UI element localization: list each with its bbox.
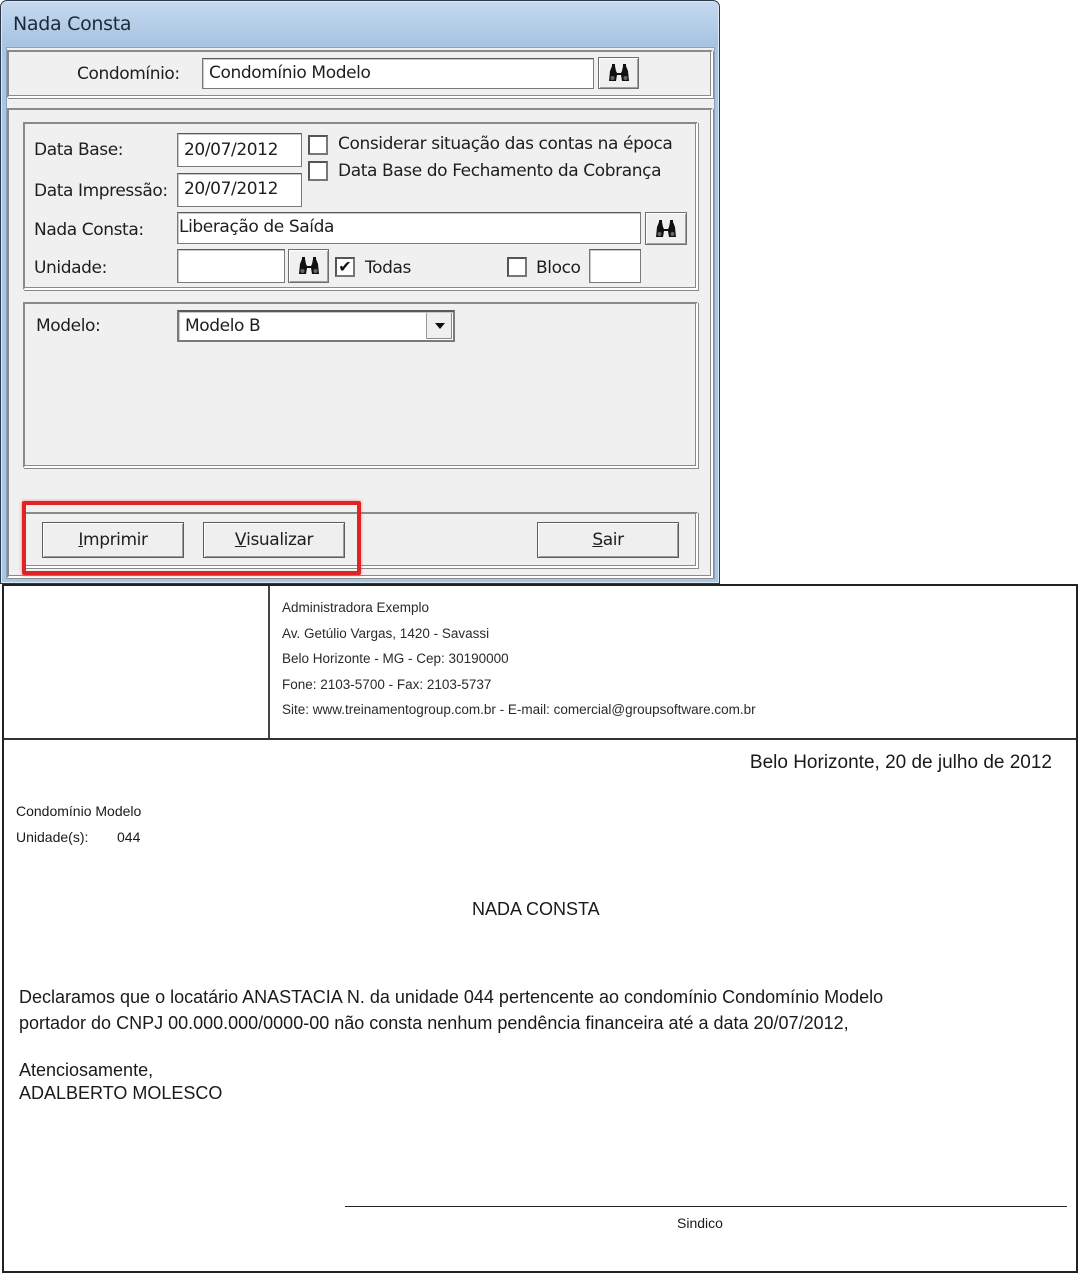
bloco-input[interactable] [589, 249, 641, 283]
company-site: Site: www.treinamentogroup.com.br - E-ma… [282, 702, 756, 728]
report-preview: Administradora Exemplo Av. Getúlio Varga… [2, 584, 1078, 1273]
fechamento-checkbox[interactable] [308, 161, 328, 181]
considerar-label[interactable]: Considerar situação das contas na época [338, 134, 672, 154]
nada-consta-label: Nada Consta: [34, 220, 144, 240]
data-base-input[interactable]: 20/07/2012 [177, 133, 302, 167]
unidade-search-button[interactable] [288, 249, 329, 283]
report-closing: Atenciosamente, [19, 1060, 153, 1081]
sair-label: air [603, 530, 624, 550]
sair-mnemonic: S [592, 530, 602, 550]
considerar-checkbox[interactable] [308, 135, 328, 155]
visualizar-mnemonic: V [235, 530, 246, 550]
unidade-label: Unidade: [34, 258, 107, 278]
modelo-selected-value: Modelo B [185, 316, 260, 336]
dropdown-arrow-button[interactable] [426, 313, 452, 339]
todas-label[interactable]: Todas [365, 258, 411, 278]
imprimir-label: mprimir [83, 530, 148, 550]
fechamento-label[interactable]: Data Base do Fechamento da Cobrança [338, 161, 661, 181]
report-heading: NADA CONSTA [472, 899, 600, 920]
bloco-label[interactable]: Bloco [536, 258, 581, 278]
place-date: Belo Horizonte, 20 de julho de 2012 [750, 752, 1052, 774]
window-title: Nada Consta [13, 13, 131, 35]
todas-checkbox[interactable]: ✔ [335, 257, 355, 277]
nada-consta-search-button[interactable] [645, 212, 687, 245]
condominio-input[interactable]: Condomínio Modelo [202, 58, 594, 89]
company-city: Belo Horizonte - MG - Cep: 30190000 [282, 651, 756, 677]
data-impressao-label: Data Impressão: [34, 181, 168, 201]
binoculars-icon [297, 256, 321, 276]
data-impressao-input[interactable]: 20/07/2012 [177, 173, 302, 207]
nada-consta-input[interactable]: Liberação de Saída [177, 212, 641, 244]
data-base-label: Data Base: [34, 140, 123, 160]
modelo-label: Modelo: [36, 316, 100, 336]
company-phone: Fone: 2103-5700 - Fax: 2103-5737 [282, 677, 756, 703]
signature-caption: Sindico [677, 1215, 723, 1231]
report-condominio: Condomínio Modelo [16, 803, 141, 819]
title-bar[interactable]: Nada Consta [2, 2, 718, 46]
report-signer: ADALBERTO MOLESCO [19, 1083, 222, 1104]
company-name: Administradora Exemplo [282, 600, 756, 626]
report-header: Administradora Exemplo Av. Getúlio Varga… [4, 586, 1076, 740]
report-body-line2: portador do CNPJ 00.000.000/0000-00 não … [19, 1013, 849, 1034]
logo-cell [4, 586, 270, 738]
report-unidades-value: 044 [117, 829, 140, 845]
company-info: Administradora Exemplo Av. Getúlio Varga… [282, 600, 756, 728]
chevron-down-icon [434, 322, 446, 330]
unidade-input[interactable] [177, 249, 285, 283]
signature-line [345, 1206, 1067, 1207]
imprimir-button[interactable]: Imprimir [42, 522, 184, 558]
condominio-label: Condomínio: [77, 64, 180, 84]
report-unidades-label: Unidade(s): [16, 829, 88, 845]
binoculars-icon [607, 63, 631, 83]
nada-consta-dialog: Nada Consta Condomínio: Condomínio Model… [0, 0, 720, 584]
bloco-checkbox[interactable] [507, 257, 527, 277]
binoculars-icon [654, 219, 678, 239]
report-body-line1: Declaramos que o locatário ANASTACIA N. … [19, 987, 883, 1008]
modelo-select[interactable]: Modelo B [177, 310, 455, 342]
visualizar-button[interactable]: Visualizar [203, 522, 345, 558]
checkmark-icon: ✔ [338, 259, 351, 275]
sair-button[interactable]: Sair [537, 522, 679, 558]
visualizar-label: isualizar [246, 530, 313, 550]
dialog-client-area: Condomínio: Condomínio Modelo Data Base:… [6, 47, 715, 579]
company-address: Av. Getúlio Vargas, 1420 - Savassi [282, 626, 756, 652]
condominio-search-button[interactable] [598, 57, 639, 89]
